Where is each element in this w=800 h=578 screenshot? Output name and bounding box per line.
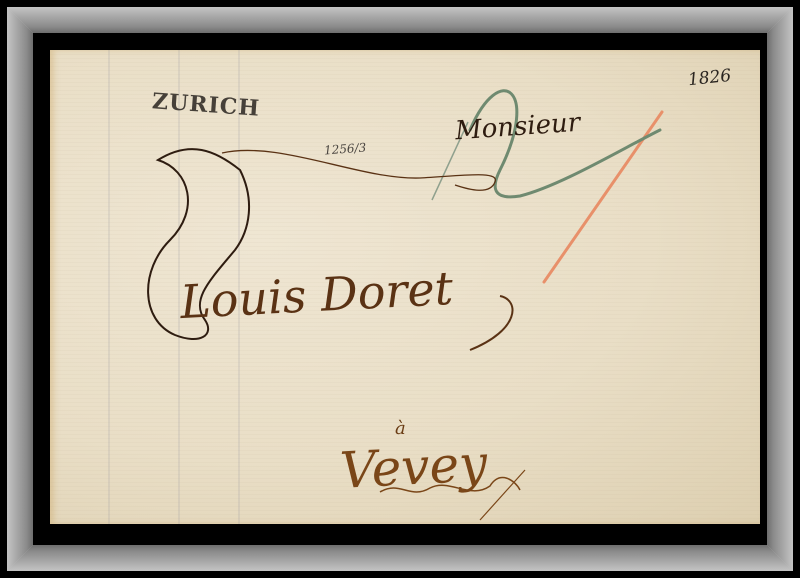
preposition: à [395,418,406,439]
reference-note: 1256/3 [324,141,367,158]
fold-line [108,50,110,524]
destination-city: Vevey [339,434,489,500]
